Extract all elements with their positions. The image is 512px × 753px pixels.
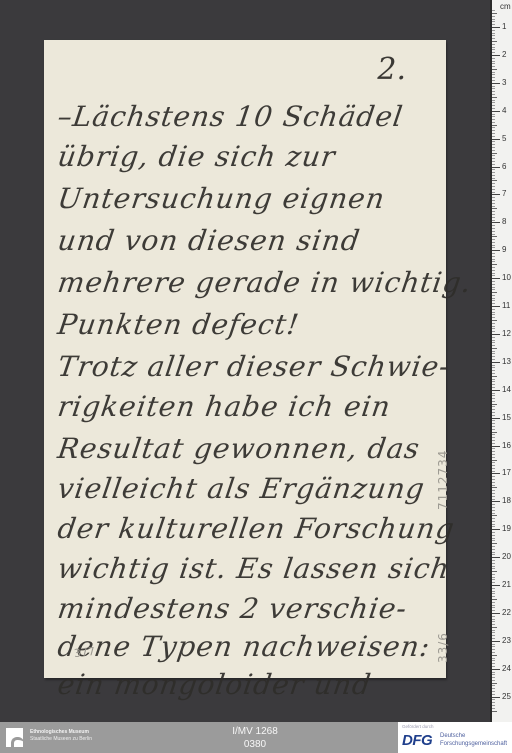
ruler-tick: [492, 331, 495, 332]
ruler-tick: [492, 437, 495, 438]
ruler-label: 1: [502, 23, 506, 31]
scan-background: 2. –Lächstens 10 Schädel übrig, die sich…: [0, 0, 490, 722]
ruler-tick: [492, 538, 495, 539]
ruler-tick: [492, 72, 495, 73]
ruler-tick: [492, 462, 495, 463]
ruler-tick: [492, 708, 495, 709]
funder-name-line2: Forschungsgemeinschaft: [440, 741, 507, 747]
ruler-tick: [492, 404, 497, 405]
ruler-tick: [492, 566, 495, 567]
ruler-label: 14: [502, 386, 511, 394]
ruler-tick: [492, 454, 495, 455]
ruler-tick: [492, 111, 500, 112]
ruler-tick: [492, 465, 495, 466]
ruler-tick: [492, 415, 495, 416]
ruler-tick: [492, 83, 500, 84]
ruler-tick: [492, 38, 495, 39]
ruler-tick: [492, 356, 495, 357]
ruler-tick: [492, 574, 495, 575]
ruler-tick: [492, 688, 495, 689]
dfg-logo-icon: DFG: [402, 733, 432, 749]
pencil-annotation-bottom: 377: [73, 645, 95, 660]
ruler-tick: [492, 602, 495, 603]
ruler-tick: [492, 588, 495, 589]
ruler-tick: [492, 487, 497, 488]
ruler-tick: [492, 599, 497, 600]
ruler-unit: cm: [500, 2, 511, 11]
ruler-tick: [492, 270, 495, 271]
ruler-tick: [492, 571, 497, 572]
funder-name-line1: Deutsche: [440, 733, 465, 739]
ruler-tick: [492, 409, 495, 410]
ruler-tick: [492, 326, 495, 327]
ruler-tick: [492, 183, 495, 184]
ruler-label: 9: [502, 246, 506, 254]
ruler-tick: [492, 284, 495, 285]
ruler-tick: [492, 685, 495, 686]
ruler-tick: [492, 524, 495, 525]
ruler-tick: [492, 214, 495, 215]
ruler-tick: [492, 507, 495, 508]
ruler-label: 20: [502, 553, 511, 561]
museum-logo-icon: [6, 728, 23, 747]
ruler-tick: [492, 423, 495, 424]
funder-caption: Gefördert durch: [402, 724, 434, 729]
ruler-tick: [492, 543, 497, 544]
ruler-tick: [492, 666, 495, 667]
ruler-tick: [492, 367, 495, 368]
ruler-tick: [492, 381, 495, 382]
ruler-tick: [492, 582, 495, 583]
ruler-label: 3: [502, 79, 506, 87]
ruler-tick: [492, 206, 495, 207]
ruler-tick: [492, 677, 495, 678]
ruler-tick: [492, 554, 495, 555]
ruler-tick: [492, 80, 495, 81]
handwritten-line: mindestens 2 verschie-: [56, 592, 410, 625]
pencil-annotation-side: 7112734: [436, 450, 450, 510]
ruler-tick: [492, 448, 495, 449]
ruler-tick: [492, 139, 500, 140]
ruler-tick: [492, 24, 495, 25]
ruler-tick: [492, 457, 495, 458]
ruler-tick: [492, 234, 495, 235]
ruler-tick: [492, 94, 495, 95]
ruler-tick: [492, 610, 495, 611]
ruler-label: 6: [502, 163, 506, 171]
ruler-tick: [492, 119, 495, 120]
ruler-tick: [492, 314, 495, 315]
ruler-tick: [492, 518, 495, 519]
ruler-tick: [492, 468, 495, 469]
ruler-tick: [492, 485, 495, 486]
ruler-tick: [492, 605, 495, 606]
ruler-tick: [492, 591, 495, 592]
ruler-tick: [492, 616, 495, 617]
handwritten-line: wichtig ist. Es lassen sich: [56, 552, 452, 585]
ruler-tick: [492, 261, 495, 262]
ruler-tick: [492, 13, 497, 14]
ruler-label: 11: [502, 302, 510, 310]
ruler-tick: [492, 147, 495, 148]
ruler-tick: [492, 19, 495, 20]
ruler-tick: [492, 674, 495, 675]
ruler-tick: [492, 144, 495, 145]
ruler-tick: [492, 44, 495, 45]
ruler-tick: [492, 384, 495, 385]
ruler-tick: [492, 607, 495, 608]
page-number: 2.: [377, 52, 406, 87]
ruler-tick: [492, 211, 495, 212]
ruler-tick: [492, 242, 495, 243]
ruler-tick: [492, 672, 495, 673]
ruler-tick: [492, 220, 495, 221]
ruler-tick: [492, 460, 497, 461]
ruler-tick: [492, 429, 495, 430]
handwritten-line: mehrere gerade in wichtig.: [56, 266, 474, 299]
ruler-tick: [492, 552, 495, 553]
ruler-tick: [492, 334, 500, 335]
ruler-tick: [492, 125, 497, 126]
ruler-tick: [492, 194, 500, 195]
handwritten-line: dene Typen nachweisen:: [56, 630, 433, 663]
ruler-tick: [492, 342, 495, 343]
ruler-tick: [492, 141, 495, 142]
ruler-tick: [492, 406, 495, 407]
ruler-tick: [492, 320, 497, 321]
ruler-tick: [492, 669, 500, 670]
ruler-tick: [492, 259, 495, 260]
ruler-tick: [492, 189, 495, 190]
ruler-tick: [492, 245, 495, 246]
ruler-tick: [492, 660, 495, 661]
museum-subtitle: Staatliche Museen zu Berlin: [30, 736, 92, 743]
ruler-tick: [492, 127, 495, 128]
ruler-label: 4: [502, 107, 506, 115]
ruler-tick: [492, 161, 495, 162]
ruler-tick: [492, 529, 500, 530]
ruler-tick: [492, 130, 495, 131]
ruler-tick: [492, 401, 495, 402]
ruler-tick: [492, 515, 497, 516]
ruler-tick: [492, 167, 500, 168]
ruler-tick: [492, 577, 495, 578]
ruler-tick: [492, 434, 495, 435]
ruler-tick: [492, 711, 497, 712]
inventory-number: I/MV 1268: [225, 726, 285, 738]
ruler-label: 12: [502, 330, 511, 338]
ruler-tick: [492, 663, 495, 664]
ruler-tick: [492, 418, 500, 419]
ruler-tick: [492, 186, 495, 187]
ruler-label: 5: [502, 135, 506, 143]
ruler-tick: [492, 560, 495, 561]
ruler-tick: [492, 153, 497, 154]
ruler-tick: [492, 309, 495, 310]
ruler-tick: [492, 175, 495, 176]
ruler-label: 21: [502, 581, 511, 589]
ruler-tick: [492, 200, 495, 201]
ruler-tick: [492, 217, 495, 218]
ruler-tick: [492, 579, 495, 580]
ruler-label: 22: [502, 609, 511, 617]
ruler-tick: [492, 192, 495, 193]
ruler-tick: [492, 652, 495, 653]
image-number: 0380: [225, 739, 285, 751]
cm-ruler: cm 1234567891011121314151617181920212223…: [490, 0, 512, 722]
ruler-tick: [492, 632, 495, 633]
ruler-tick: [492, 264, 497, 265]
footer-bar: Ethnologisches Museum Staatliche Museen …: [0, 722, 512, 753]
ruler-tick: [492, 236, 497, 237]
ruler-tick: [492, 496, 495, 497]
ruler-tick: [492, 440, 495, 441]
ruler-tick: [492, 476, 495, 477]
ruler-tick: [492, 699, 495, 700]
ruler-tick: [492, 627, 497, 628]
funder-block: Gefördert durch DFG Deutsche Forschungsg…: [398, 722, 512, 753]
ruler-tick: [492, 504, 495, 505]
museum-name: Ethnologisches Museum: [30, 729, 89, 736]
ruler-tick: [492, 306, 500, 307]
ruler-tick: [492, 353, 495, 354]
ruler-tick: [492, 345, 495, 346]
handwritten-line: Resultat gewonnen, das: [56, 432, 423, 465]
ruler-tick: [492, 499, 495, 500]
ruler-tick: [492, 644, 495, 645]
ruler-tick: [492, 108, 495, 109]
ruler-tick: [492, 172, 495, 173]
ruler-tick: [492, 289, 495, 290]
ruler-tick: [492, 557, 500, 558]
ruler-tick: [492, 412, 495, 413]
ruler-tick: [492, 451, 495, 452]
ruler-tick: [492, 680, 495, 681]
ruler-tick: [492, 473, 500, 474]
ruler-tick: [492, 133, 495, 134]
ruler-tick: [492, 102, 495, 103]
handwritten-line: und von diesen sind: [56, 224, 363, 257]
ruler-tick: [492, 420, 495, 421]
ruler-tick: [492, 630, 495, 631]
ruler-tick: [492, 348, 497, 349]
ruler-tick: [492, 100, 495, 101]
ruler-tick: [492, 702, 495, 703]
ruler-tick: [492, 77, 495, 78]
ruler-tick: [492, 373, 495, 374]
ruler-label: 16: [502, 442, 511, 450]
handwritten-line: ein mongoloider und: [56, 668, 374, 701]
ruler-tick: [492, 150, 495, 151]
ruler-tick: [492, 278, 500, 279]
ruler-tick: [492, 114, 495, 115]
ruler-tick: [492, 300, 495, 301]
ruler-tick: [492, 317, 495, 318]
handwritten-line: Trotz aller dieser Schwie-: [56, 350, 452, 383]
ruler-tick: [492, 641, 500, 642]
handwritten-line: Untersuchung eignen: [56, 182, 388, 215]
ruler-tick: [492, 323, 495, 324]
handwritten-line: übrig, die sich zur: [56, 140, 338, 173]
ruler-tick: [492, 136, 495, 137]
ruler-tick: [492, 482, 495, 483]
ruler-tick: [492, 546, 495, 547]
ruler-label: 13: [502, 358, 511, 366]
handwritten-line: vielleicht als Ergänzung: [56, 472, 427, 505]
handwritten-line: der kulturellen Forschung: [56, 512, 457, 545]
ruler-tick: [492, 658, 495, 659]
ruler-tick: [492, 178, 495, 179]
ruler-tick: [492, 169, 495, 170]
ruler-tick: [492, 479, 495, 480]
ruler-tick: [492, 694, 495, 695]
ruler-tick: [492, 16, 495, 17]
ruler-tick: [492, 10, 495, 11]
ruler-tick: [492, 231, 495, 232]
ruler-tick: [492, 540, 495, 541]
ruler-tick: [492, 52, 495, 53]
ruler-label: 23: [502, 637, 511, 645]
ruler-tick: [492, 250, 500, 251]
ruler-tick: [492, 86, 495, 87]
ruler-tick: [492, 340, 495, 341]
ruler-tick: [492, 446, 500, 447]
ruler-tick: [492, 432, 497, 433]
ruler-tick: [492, 312, 495, 313]
ruler-tick: [492, 585, 500, 586]
ruler-tick: [492, 27, 500, 28]
ruler-tick: [492, 549, 495, 550]
ruler-label: 2: [502, 51, 506, 59]
ruler-tick: [492, 55, 500, 56]
ruler-tick: [492, 298, 495, 299]
ruler-tick: [492, 273, 495, 274]
ruler-tick: [492, 155, 495, 156]
ruler-tick: [492, 387, 495, 388]
ruler-tick: [492, 621, 495, 622]
ruler-tick: [492, 393, 495, 394]
ruler-tick: [492, 513, 495, 514]
ruler-tick: [492, 281, 495, 282]
ruler-tick: [492, 646, 495, 647]
ruler-label: 19: [502, 525, 511, 533]
ruler-tick: [492, 225, 495, 226]
ruler-tick: [492, 365, 495, 366]
ruler-label: 25: [502, 693, 511, 701]
ruler-tick: [492, 49, 495, 50]
ruler-tick: [492, 35, 495, 36]
ruler-tick: [492, 267, 495, 268]
ruler-tick: [492, 222, 500, 223]
ruler-tick: [492, 287, 495, 288]
ruler-tick: [492, 247, 495, 248]
ruler-tick: [492, 359, 495, 360]
ruler-label: 7: [502, 190, 506, 198]
ruler-tick: [492, 624, 495, 625]
ruler-tick: [492, 395, 495, 396]
pencil-annotation-side-lower: 33/6: [436, 632, 450, 663]
ruler-tick: [492, 21, 495, 22]
ruler-label: 10: [502, 274, 511, 282]
ruler-tick: [492, 619, 495, 620]
ruler-tick: [492, 228, 495, 229]
ruler-tick: [492, 471, 495, 472]
ruler-tick: [492, 88, 495, 89]
handwritten-line: –Lächstens 10 Schädel: [56, 100, 406, 133]
ruler-tick: [492, 33, 495, 34]
ruler-tick: [492, 295, 495, 296]
ruler-tick: [492, 521, 495, 522]
ruler-tick: [492, 705, 495, 706]
ruler-tick: [492, 203, 495, 204]
ruler-tick: [492, 426, 495, 427]
ruler-tick: [492, 180, 497, 181]
ruler-tick: [492, 61, 495, 62]
ruler-tick: [492, 683, 497, 684]
ruler-tick: [492, 535, 495, 536]
ruler-tick: [492, 105, 495, 106]
ruler-tick: [492, 596, 495, 597]
ruler-tick: [492, 239, 495, 240]
ruler-label: 17: [502, 469, 511, 477]
ruler-tick: [492, 379, 495, 380]
ruler-tick: [492, 275, 495, 276]
ruler-tick: [492, 638, 495, 639]
ruler-tick: [492, 390, 500, 391]
ruler-tick: [492, 635, 495, 636]
ruler-tick: [492, 116, 495, 117]
ruler-tick: [492, 376, 497, 377]
ruler-tick: [492, 63, 495, 64]
ruler-tick: [492, 256, 495, 257]
ruler-tick: [492, 697, 500, 698]
ruler-tick: [492, 443, 495, 444]
ruler-tick: [492, 691, 495, 692]
ruler-tick: [492, 337, 495, 338]
ruler-tick: [492, 58, 495, 59]
ruler-tick: [492, 328, 495, 329]
ruler-tick: [492, 208, 497, 209]
ruler-tick: [492, 563, 495, 564]
ruler-tick: [492, 47, 495, 48]
ruler-tick: [492, 510, 495, 511]
ruler-tick: [492, 370, 495, 371]
ruler-tick: [492, 501, 500, 502]
ruler-tick: [492, 526, 495, 527]
ruler-tick: [492, 97, 497, 98]
ruler-tick: [492, 197, 495, 198]
ruler-tick: [492, 655, 497, 656]
ruler-tick: [492, 593, 495, 594]
ruler-tick: [492, 66, 495, 67]
letter-page: 2. –Lächstens 10 Schädel übrig, die sich…: [44, 40, 446, 678]
ruler-tick: [492, 649, 495, 650]
ruler-tick: [492, 532, 495, 533]
ruler-label: 24: [502, 665, 511, 673]
ruler-label: 15: [502, 414, 511, 422]
ruler-tick: [492, 351, 495, 352]
ruler-tick: [492, 164, 495, 165]
ruler-label: 18: [502, 497, 511, 505]
ruler-tick: [492, 568, 495, 569]
ruler-tick: [492, 30, 495, 31]
handwritten-line: Punkten defect!: [56, 308, 302, 341]
ruler-tick: [492, 398, 495, 399]
ruler-tick: [492, 158, 495, 159]
ruler-tick: [492, 74, 495, 75]
ruler-tick: [492, 69, 497, 70]
handwritten-line: rigkeiten habe ich ein: [56, 390, 393, 423]
